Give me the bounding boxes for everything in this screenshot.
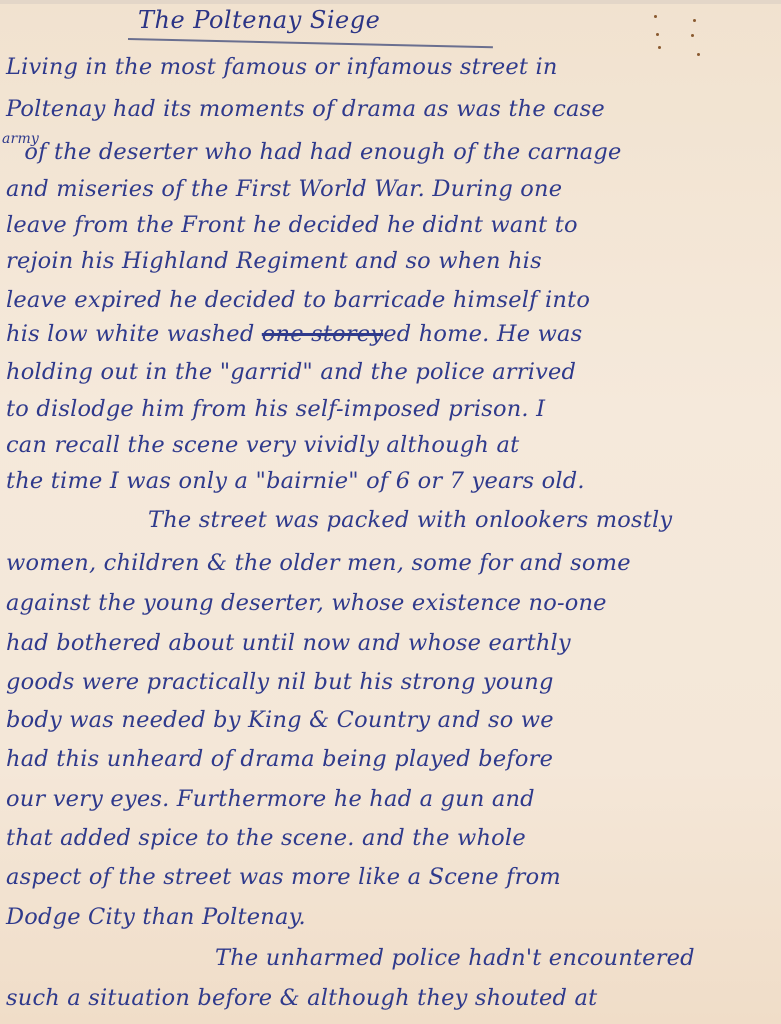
text-line: against the young deserter, whose existe…	[6, 590, 607, 616]
page-top-edge	[0, 0, 781, 4]
text-line: body was needed by King & Country and so…	[6, 707, 554, 733]
text-line: that added spice to the scene. and the w…	[6, 825, 526, 851]
ink-spot	[654, 15, 657, 18]
text-line: Poltenay had its moments of drama as was…	[6, 96, 605, 122]
text-line: leave expired he decided to barricade hi…	[6, 287, 590, 313]
ink-spot	[691, 34, 694, 37]
text-line: had bothered about until now and whose e…	[6, 630, 571, 656]
ink-spot	[693, 19, 696, 22]
text-line: women, children & the older men, some fo…	[6, 550, 631, 576]
text-line: can recall the scene very vividly althou…	[6, 432, 519, 458]
text-line: aspect of the street was more like a Sce…	[6, 864, 561, 890]
insertion-note: army	[2, 131, 39, 147]
text-line: leave from the Front he decided he didnt…	[6, 212, 578, 238]
text-line: the time I was only a "bairnie" of 6 or …	[6, 468, 585, 494]
text-line: such a situation before & although they …	[6, 985, 597, 1011]
page-title: The Poltenay Siege	[138, 6, 380, 34]
ink-spot	[697, 53, 700, 56]
struck-text: one storey	[262, 321, 383, 347]
text-line: Dodge City than Poltenay.	[6, 904, 306, 930]
text-line-content: his low white washed	[6, 321, 254, 347]
ink-spot	[656, 33, 659, 36]
text-line: our very eyes. Furthermore he had a gun …	[6, 786, 535, 812]
text-line: and miseries of the First World War. Dur…	[6, 176, 562, 202]
text-line-continuation: ed home. He was	[383, 321, 582, 347]
handwritten-page: The Poltenay Siege Living in the most fa…	[0, 0, 781, 1024]
text-line: Living in the most famous or infamous st…	[6, 54, 558, 80]
text-line-content: of the deserter who had had enough of th…	[24, 139, 621, 165]
text-line: The street was packed with onlookers mos…	[148, 507, 672, 533]
text-line: army of the deserter who had had enough …	[6, 139, 622, 165]
text-line: his low white washed one storeyed home. …	[6, 321, 582, 347]
text-line: holding out in the "garrid" and the poli…	[6, 359, 576, 385]
text-line: had this unheard of drama being played b…	[6, 746, 553, 772]
text-line: to dislodge him from his self-imposed pr…	[6, 396, 545, 422]
ink-spot	[658, 46, 661, 49]
text-line: rejoin his Highland Regiment and so when…	[6, 248, 542, 274]
text-line: goods were practically nil but his stron…	[6, 669, 554, 695]
text-line: The unharmed police hadn't encountered	[215, 945, 695, 971]
title-underline	[128, 38, 493, 48]
